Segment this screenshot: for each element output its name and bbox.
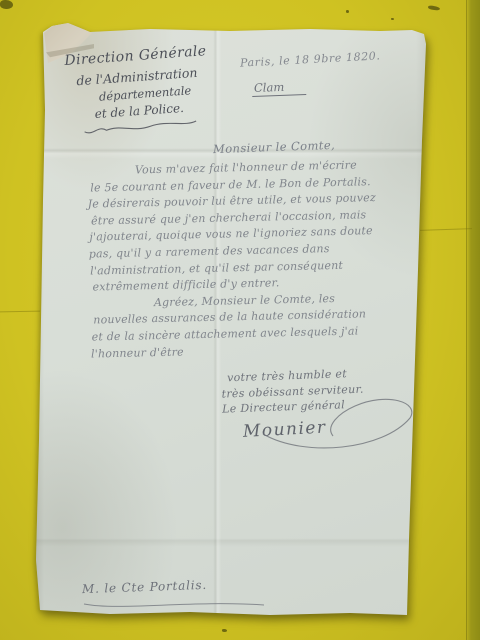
mat-right-seam [466, 0, 467, 640]
addressee-underline [80, 598, 270, 612]
mat-speck [222, 629, 227, 632]
photo-of-letter: Direction Générale de l'Administration d… [0, 0, 480, 640]
letter-body: Vous m'avez fait l'honneur de m'écrire l… [88, 156, 404, 362]
salutation: Monsieur le Comte, [213, 138, 336, 156]
paper-surface: Direction Générale de l'Administration d… [30, 20, 432, 624]
docket-note: Clam [252, 79, 307, 97]
signature: Mounier [242, 415, 365, 441]
mat-right-edge-shading [466, 0, 480, 640]
mat-corner-mark [0, 0, 13, 9]
letter-sheet: Direction Générale de l'Administration d… [30, 20, 432, 624]
dateline: Paris, le 18 9bre 1820. [240, 49, 381, 69]
letterhead: Direction Générale de l'Administration d… [60, 43, 216, 142]
mat-corner-mark [428, 5, 440, 11]
letterhead-flourish [80, 117, 201, 137]
mat-speck [346, 10, 349, 13]
closing-block: votre très humble et très obéissant serv… [227, 366, 365, 441]
addressee: M. le Cte Portalis. [82, 578, 207, 596]
